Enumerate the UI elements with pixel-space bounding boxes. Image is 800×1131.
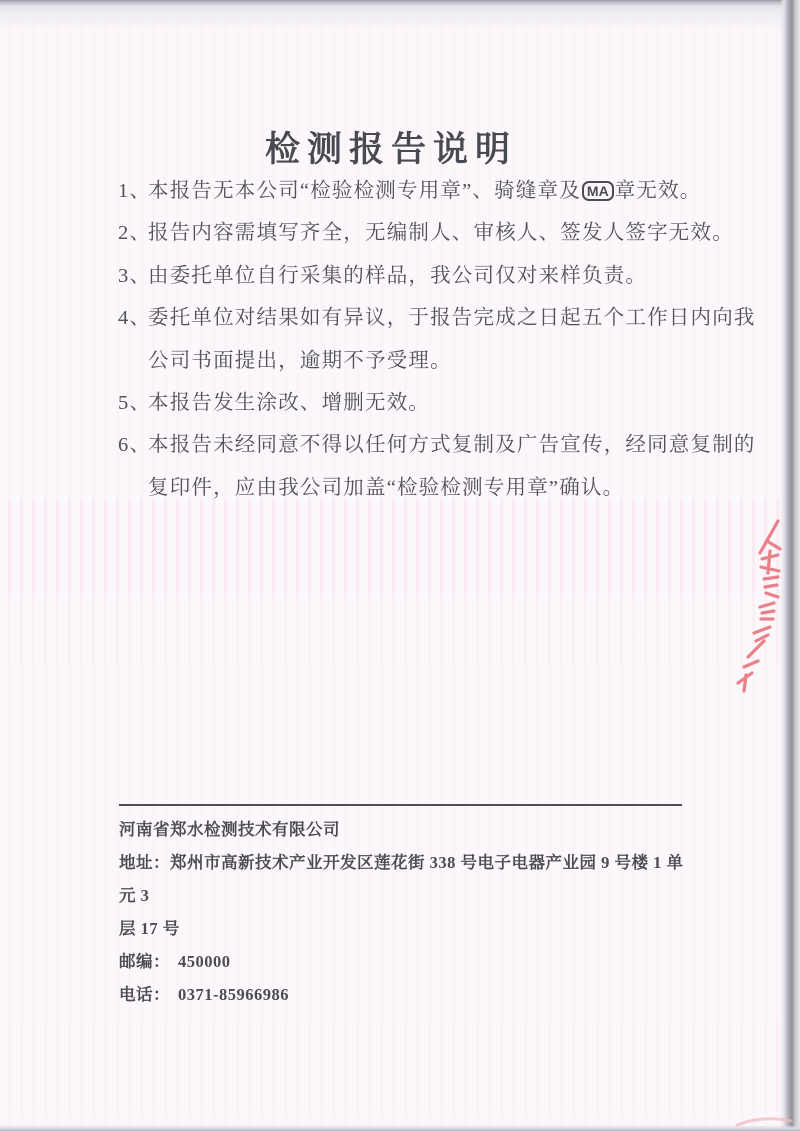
scan-stripe-artifact	[0, 498, 800, 598]
list-item-continuation: 公司书面提出，逾期不予受理。	[148, 340, 696, 382]
address-line: 层 17 号	[119, 912, 699, 945]
item-text: 本报告发生涂改、增删无效。	[148, 392, 430, 414]
scan-top-edge	[0, 0, 800, 30]
item-text: 委托单位对结果如有异议，于报告完成之日起五个工作日内向我	[148, 307, 756, 329]
phone-line: 电话：0371-85966986	[119, 978, 699, 1011]
item-number: 3、	[118, 255, 151, 297]
item-text: 章无效。	[615, 180, 702, 202]
scan-right-edge	[780, 0, 800, 1131]
postcode-label: 邮编：	[119, 952, 170, 971]
item-number: 5、	[118, 382, 151, 424]
list-item: 6、本报告未经同意不得以任何方式复制及广告宣传，经同意复制的	[148, 424, 696, 466]
postcode-value: 450000	[178, 952, 231, 971]
footer: 河南省郑水检测技术有限公司 地址：郑州市高新技术产业开发区莲花街 338 号电子…	[119, 813, 699, 1011]
item-text: 公司书面提出，逾期不予受理。	[148, 350, 452, 372]
scan-stripe-artifact	[0, 1020, 800, 1110]
list-item: 2、报告内容需填写齐全，无编制人、审核人、签发人签字无效。	[148, 212, 696, 254]
item-text: 本报告未经同意不得以任何方式复制及广告宣传，经同意复制的	[148, 434, 756, 456]
scan-stripe-artifact	[0, 598, 800, 668]
list-item: 5、本报告发生涂改、增删无效。	[148, 382, 696, 424]
corner-mark-icon	[735, 1105, 795, 1129]
list-item-continuation: 复印件，应由我公司加盖“检验检测专用章”确认。	[148, 467, 696, 509]
page-title: 检测报告说明	[0, 122, 782, 172]
item-number: 1、	[118, 170, 151, 212]
list-item: 1、本报告无本公司“检验检测专用章”、骑缝章及MA章无效。	[148, 170, 696, 212]
address-line: 地址：郑州市高新技术产业开发区莲花街 338 号电子电器产业园 9 号楼 1 单…	[119, 846, 699, 912]
item-text: 复印件，应由我公司加盖“检验检测专用章”确认。	[148, 477, 624, 499]
item-number: 4、	[118, 297, 151, 339]
item-number: 6、	[118, 424, 151, 466]
list-item: 3、由委托单位自行采集的样品，我公司仅对来样负责。	[148, 255, 696, 297]
item-text: 由委托单位自行采集的样品，我公司仅对来样负责。	[148, 265, 647, 287]
footer-divider	[119, 804, 682, 806]
scan-bottom-edge	[0, 1125, 800, 1131]
item-text: 本报告无本公司“检验检测专用章”、骑缝章及	[148, 180, 581, 202]
phone-value: 0371-85966986	[178, 985, 289, 1004]
phone-label: 电话：	[119, 985, 170, 1004]
item-text: 报告内容需填写齐全，无编制人、审核人、签发人签字无效。	[148, 222, 734, 244]
red-stamp-marks-icon	[734, 515, 786, 720]
company-name: 河南省郑水检测技术有限公司	[119, 813, 699, 846]
item-number: 2、	[118, 212, 151, 254]
list-item: 4、委托单位对结果如有异议，于报告完成之日起五个工作日内向我	[148, 297, 696, 339]
cma-mark-icon: MA	[582, 181, 614, 201]
postcode-line: 邮编：450000	[119, 945, 699, 978]
instruction-list: 1、本报告无本公司“检验检测专用章”、骑缝章及MA章无效。 2、报告内容需填写齐…	[148, 170, 696, 509]
scanned-report-page: 检测报告说明 1、本报告无本公司“检验检测专用章”、骑缝章及MA章无效。 2、报…	[0, 0, 800, 1131]
